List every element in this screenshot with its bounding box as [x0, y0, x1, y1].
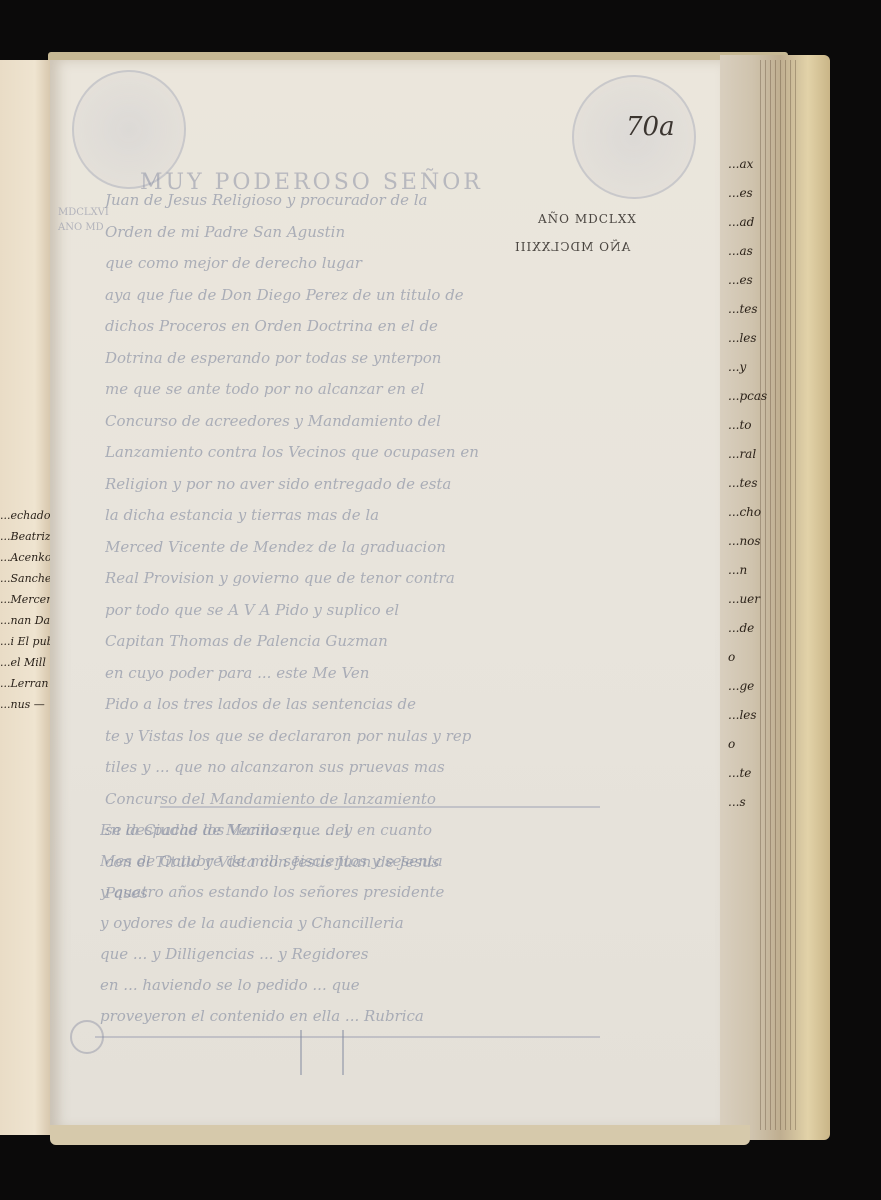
strip-note: ...uer [728, 585, 760, 614]
margin-note: ...Acenko [0, 547, 52, 568]
margin-note: ...Mercen [0, 589, 52, 610]
strip-note: ...n [728, 556, 760, 585]
left-page-margin-notes: ...echado ...Beatriz ...Acenko ...Sanche… [0, 505, 52, 715]
text-line: que como mejor de derecho lugar [105, 248, 605, 280]
strip-note: ...cho [728, 498, 760, 527]
text-line: tiles y ... que no alcanzaron sus prueva… [105, 752, 605, 784]
text-line: Religion y por no aver sido entregado de… [105, 469, 605, 501]
strip-note: ...pcas [728, 382, 760, 411]
strip-note: ...ral [728, 440, 760, 469]
margin-note: ...nus — [0, 694, 52, 715]
text-line: proveyeron el contenido en ella ... Rubr… [100, 1001, 600, 1032]
text-line: en cuyo poder para ... este Me Ven [105, 658, 605, 690]
margin-note: ...echado [0, 505, 52, 526]
strip-note: ...nos [728, 527, 760, 556]
text-line: y oydores de la audiencia y Chancilleria [100, 908, 600, 939]
text-line: Capitan Thomas de Palencia Guzman [105, 626, 605, 658]
signature-flourish-icon [300, 1030, 344, 1075]
stack-strip-notes: ...ax ...es ...ad ...as ...es ...tes ...… [728, 150, 760, 817]
text-line: En la Ciudad de Manila en ... del [100, 815, 600, 846]
strip-note: ...tes [728, 295, 760, 324]
page-bottom-edge [50, 1125, 750, 1145]
strip-note: ...les [728, 701, 760, 730]
text-line: y quatro años estando los señores presid… [100, 877, 600, 908]
decree-block: En la Ciudad de Manila en ... del Mes de… [100, 815, 600, 1032]
text-line: aya que fue de Don Diego Perez de un tit… [105, 280, 605, 312]
strip-note: ...as [728, 237, 760, 266]
margin-note: ...Sanchez [0, 568, 52, 589]
text-line: Mes de Octubre de mill seiscientos y ses… [100, 846, 600, 877]
ring-flourish-icon [70, 1020, 104, 1054]
text-line: la dicha estancia y tierras mas de la [105, 500, 605, 532]
text-line: Real Provision y govierno que de tenor c… [105, 563, 605, 595]
divider-rule [95, 1036, 600, 1038]
strip-note: ...ge [728, 672, 760, 701]
margin-note: ...Lerran [0, 673, 52, 694]
strip-note: ...de [728, 614, 760, 643]
text-line: dichos Proceros en Orden Doctrina en el … [105, 311, 605, 343]
text-line: te y Vistas los que se declararon por nu… [105, 721, 605, 753]
stamp-line: MDCLXVI [58, 205, 109, 220]
text-line: por todo que se A V A Pido y suplico el [105, 595, 605, 627]
text-line: Merced Vicente de Mendez de la graduacio… [105, 532, 605, 564]
text-line: Juan de Jesus Religioso y procurador de … [105, 185, 605, 217]
strip-note: o [728, 730, 760, 759]
text-line: me que se ante todo por no alcanzar en e… [105, 374, 605, 406]
text-line: Lanzamiento contra los Vecinos que ocupa… [105, 437, 605, 469]
page-stack-lines [760, 60, 800, 1130]
folio-number: 70a [626, 112, 675, 142]
strip-note: ...ad [728, 208, 760, 237]
text-line: Concurso del Mandamiento de lanzamiento [105, 784, 605, 816]
petition-body: Juan de Jesus Religioso y procurador de … [105, 185, 605, 910]
strip-note: ...les [728, 324, 760, 353]
text-line: en ... haviendo se lo pedido ... que [100, 970, 600, 1001]
margin-note: ...el Mill [0, 652, 52, 673]
text-line: Pido a los tres lados de las sentencias … [105, 689, 605, 721]
margin-note: ...nan Dant [0, 610, 52, 631]
strip-note: ...ax [728, 150, 760, 179]
text-line: Orden de mi Padre San Agustin [105, 217, 605, 249]
strip-note: ...es [728, 179, 760, 208]
text-line: Concurso de acreedores y Mandamiento del [105, 406, 605, 438]
strip-note: ...es [728, 266, 760, 295]
margin-note: ...Beatriz [0, 526, 52, 547]
strip-note: ...to [728, 411, 760, 440]
text-line: que ... y Dilligencias ... y Regidores [100, 939, 600, 970]
strip-note: ...tes [728, 469, 760, 498]
manuscript-spread: ...echado ...Beatriz ...Acenko ...Sanche… [0, 0, 881, 1200]
year-stamp-left: MDCLXVI ANO MD [58, 205, 109, 235]
strip-note: ...y [728, 353, 760, 382]
stamp-line: ANO MD [58, 220, 109, 235]
strip-note: ...te [728, 759, 760, 788]
margin-note: ...i El pub [0, 631, 52, 652]
text-line: Dotrina de esperando por todas se ynterp… [105, 343, 605, 375]
divider-rule [160, 806, 600, 808]
strip-note: o [728, 643, 760, 672]
strip-note: ...s [728, 788, 760, 817]
